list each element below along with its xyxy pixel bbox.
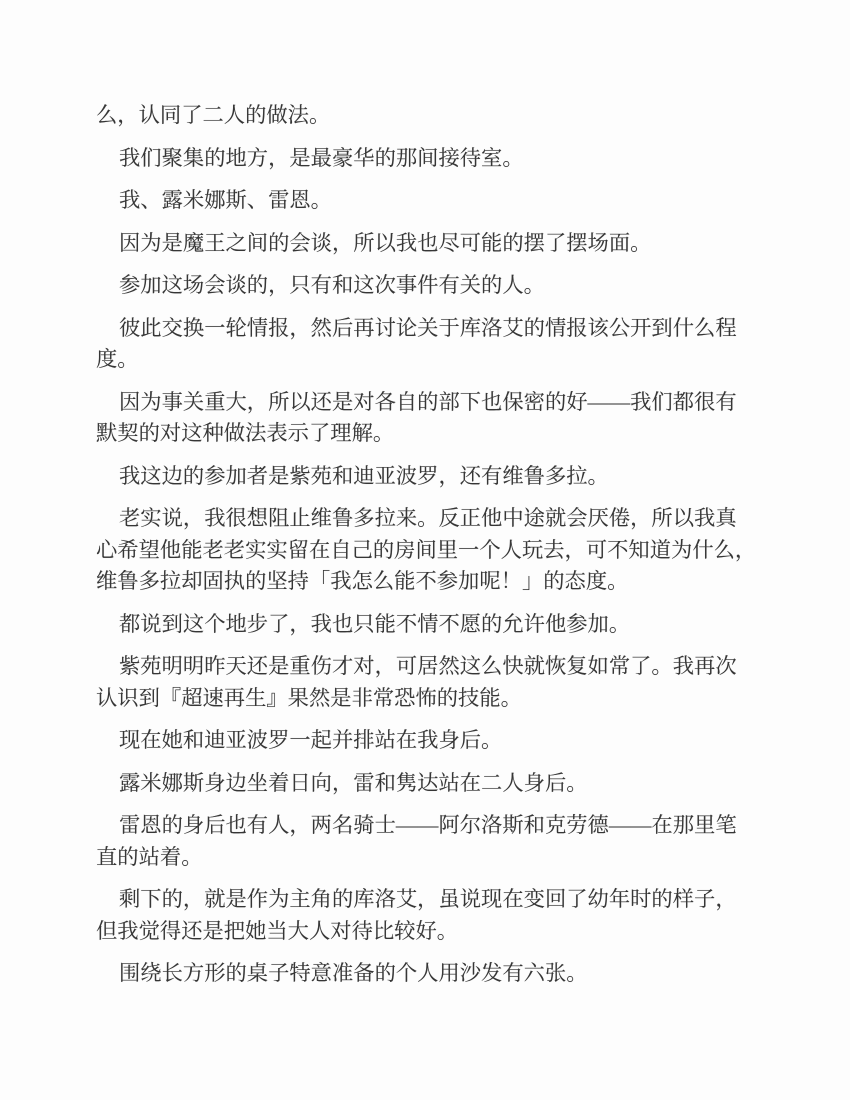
paragraph: 露米娜斯身边坐着日向，雷和隽达站在二人身后。	[96, 768, 757, 800]
paragraph: 剩下的，就是作为主角的库洛艾，虽说现在变回了幼年时的样子，但我觉得还是把她当大人…	[96, 884, 757, 947]
paragraph: 么，认同了二人的做法。	[96, 100, 757, 132]
paragraph: 围绕长方形的桌子特意准备的个人用沙发有六张。	[96, 958, 757, 990]
paragraph: 雷恩的身后也有人，两名骑士——阿尔洛斯和克劳德——在那里笔直的站着。	[96, 810, 757, 873]
novel-text-block: 么，认同了二人的做法。 我们聚集的地方，是最豪华的那间接待室。 我、露米娜斯、雷…	[96, 100, 757, 990]
paragraph: 我、露米娜斯、雷恩。	[96, 185, 757, 217]
paragraph: 老实说，我很想阻止维鲁多拉来。反正他中途就会厌倦，所以我真心希望他能老老实实留在…	[96, 503, 757, 598]
paragraph: 因为事关重大，所以还是对各自的部下也保密的好——我们都很有默契的对这种做法表示了…	[96, 387, 757, 450]
novel-page: 么，认同了二人的做法。 我们聚集的地方，是最豪华的那间接待室。 我、露米娜斯、雷…	[0, 0, 850, 1100]
paragraph: 现在她和迪亚波罗一起并排站在我身后。	[96, 725, 757, 757]
paragraph: 都说到这个地步了，我也只能不情不愿的允许他参加。	[96, 609, 757, 641]
paragraph: 参加这场会谈的，只有和这次事件有关的人。	[96, 270, 757, 302]
paragraph: 因为是魔王之间的会谈，所以我也尽可能的摆了摆场面。	[96, 228, 757, 260]
paragraph: 我这边的参加者是紫苑和迪亚波罗，还有维鲁多拉。	[96, 461, 757, 493]
paragraph: 彼此交换一轮情报，然后再讨论关于库洛艾的情报该公开到什么程度。	[96, 313, 757, 376]
paragraph: 我们聚集的地方，是最豪华的那间接待室。	[96, 143, 757, 175]
paragraph: 紫苑明明昨天还是重伤才对，可居然这么快就恢复如常了。我再次认识到『超速再生』果然…	[96, 651, 757, 714]
